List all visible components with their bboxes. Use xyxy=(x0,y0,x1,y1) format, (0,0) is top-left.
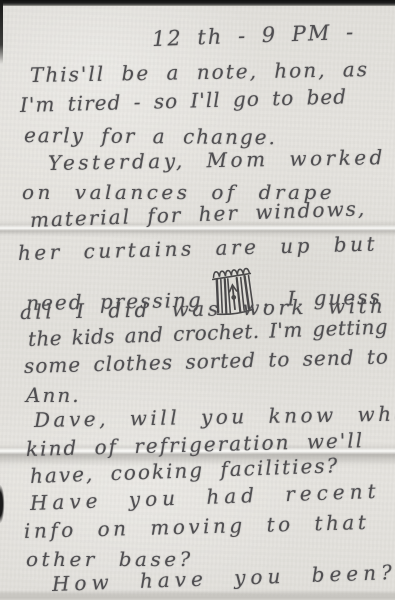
letter-line: Ann. xyxy=(26,382,81,408)
letter-line: Yesterday, Mom worked xyxy=(48,144,386,176)
scan-edge-left xyxy=(0,0,3,64)
scan-artifact-left xyxy=(0,478,6,530)
letter-line: her curtains are up but xyxy=(18,231,379,266)
dateline: 12 th - 9 PM - xyxy=(152,19,356,52)
letter-page: 12 th - 9 PM - This'll be a note, hon, a… xyxy=(0,0,395,600)
letter-line: I'm tired - so I'll go to bed xyxy=(20,83,348,118)
scan-edge-top xyxy=(0,0,395,6)
